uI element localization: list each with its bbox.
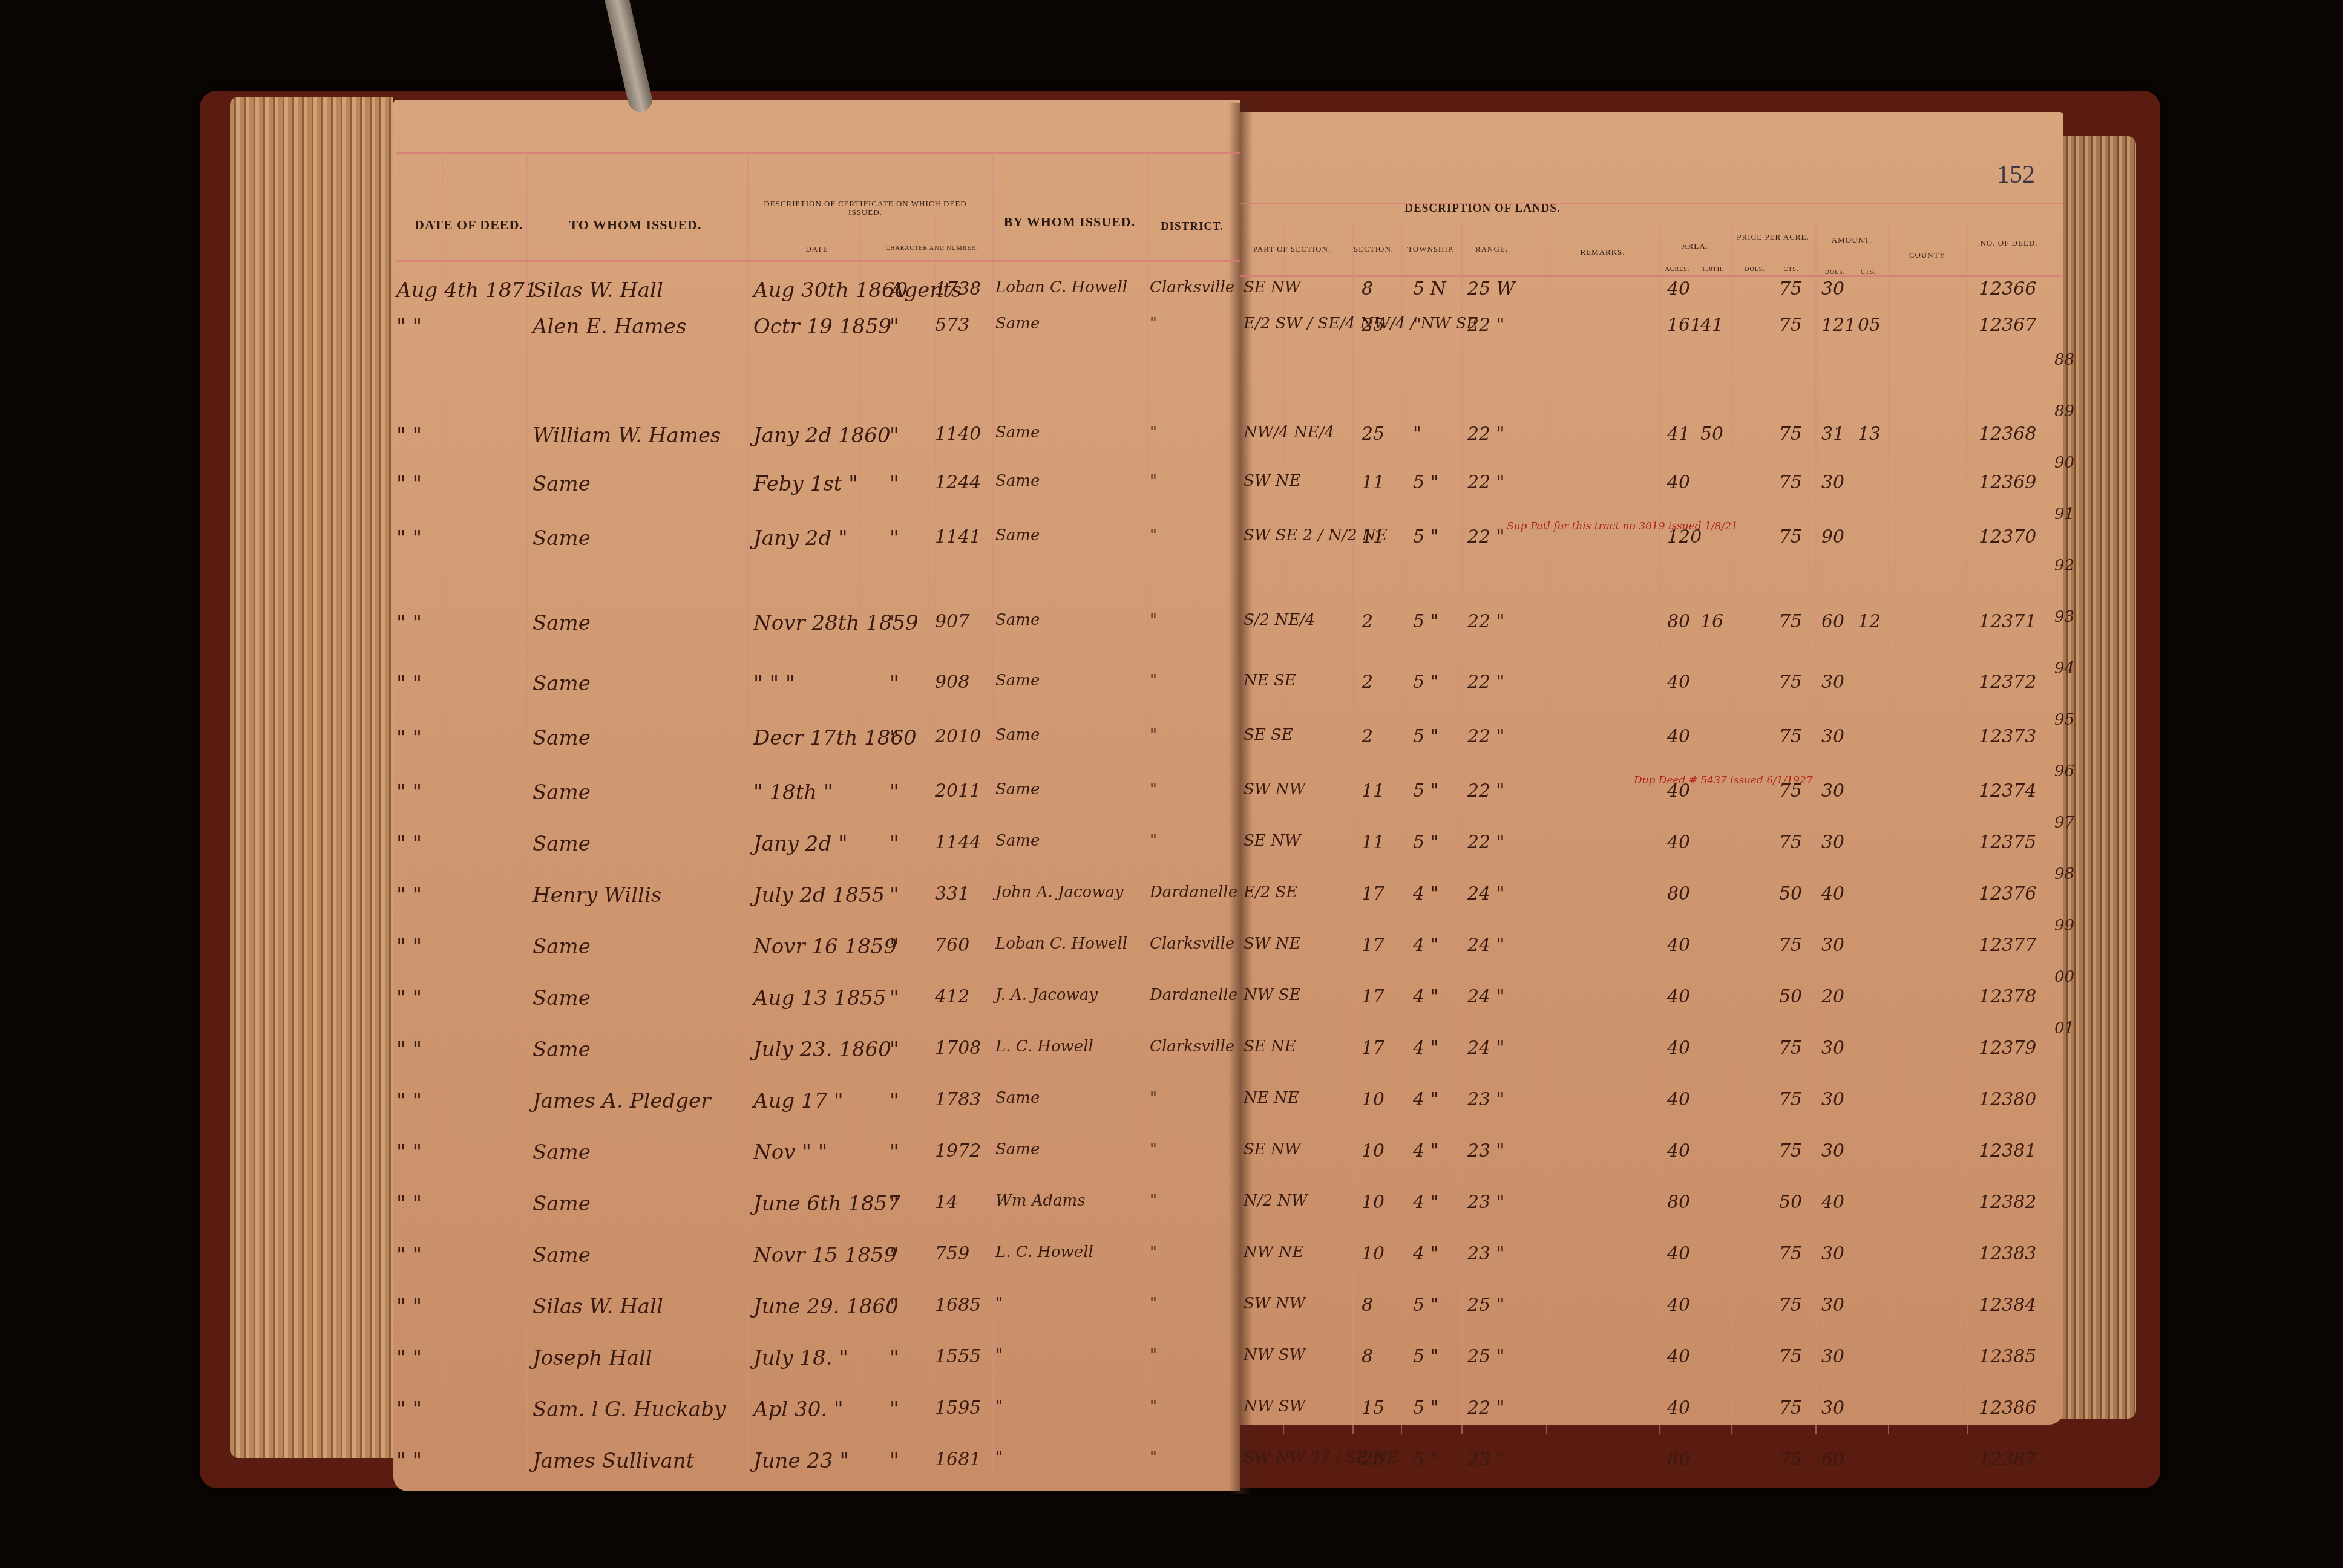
- header-to-whom-issued: TO WHOM ISSUED.: [545, 218, 726, 232]
- header-amount-dols: Dols.: [1818, 269, 1852, 276]
- cell-deed-no: 12367: [1979, 315, 2036, 336]
- cell-price-cts: 75: [1779, 1397, 1802, 1419]
- header-price-cts: Cts.: [1773, 266, 1809, 273]
- col-rule: [1352, 224, 1354, 1434]
- cell-part: SW NW: [1244, 780, 1305, 799]
- col-rule: [1147, 152, 1148, 1471]
- cell-deed-no: 12380: [1979, 1089, 2036, 1110]
- cell-amount-dols: 60: [1821, 611, 1844, 632]
- header-hundredths: 100th.: [1696, 266, 1731, 273]
- cell-section: 11: [1362, 780, 1384, 802]
- cell-price-cts: 75: [1779, 1449, 1802, 1470]
- cell-district: ": [1150, 423, 1157, 442]
- cell-price-cts: 75: [1779, 526, 1802, 547]
- red-annotation: Sup Patl for this tract no 3019 issued 1…: [1507, 520, 1738, 532]
- cell-range: 22 ": [1467, 423, 1505, 445]
- next-page-deed-number: 98: [2054, 865, 2074, 883]
- cell-amount-dols: 60: [1821, 1449, 1844, 1470]
- header-acres: Acres.: [1659, 266, 1696, 273]
- cell-district: ": [1150, 1449, 1157, 1467]
- cell-section: 17: [1362, 883, 1384, 904]
- header-by-whom-issued: BY WHOM ISSUED.: [992, 215, 1147, 229]
- cell-township: 4 ": [1413, 1192, 1438, 1213]
- cell-amount-dols: 30: [1821, 1037, 1844, 1059]
- col-rule: [1546, 224, 1547, 1434]
- cell-township: 5 ": [1413, 611, 1438, 632]
- cell-part: NE NE: [1244, 1089, 1299, 1107]
- cell-deed-no: 12382: [1979, 1192, 2036, 1213]
- cell-name: Same: [532, 1140, 591, 1165]
- cell-cert-date: Aug 17 ": [753, 1089, 844, 1113]
- cell-township: 5 ": [1413, 1449, 1438, 1470]
- cell-deed-no: 12371: [1979, 611, 2036, 632]
- right-page: [1240, 112, 2063, 1425]
- next-page-deed-number: 96: [2054, 762, 2074, 780]
- cell-price-cts: 50: [1779, 883, 1802, 904]
- cell-deed-no: 12386: [1979, 1397, 2036, 1419]
- cell-district: ": [1150, 671, 1157, 690]
- cell-date: " ": [396, 986, 422, 1010]
- cell-cert-no: 1140: [935, 423, 981, 445]
- cell-acres: 80: [1667, 883, 1690, 904]
- cell-range: 23 ": [1467, 1243, 1505, 1264]
- cell-range: 22 ": [1467, 671, 1505, 693]
- cell-amount-dols: 30: [1821, 1295, 1844, 1316]
- cell-township: 5 ": [1413, 472, 1438, 493]
- cell-township: 4 ": [1413, 935, 1438, 956]
- cell-acres: 41: [1667, 423, 1690, 445]
- cell-date: " ": [396, 780, 422, 805]
- next-page-deed-number: 91: [2054, 505, 2074, 523]
- cell-name: Same: [532, 526, 591, 550]
- cell-price-cts: 75: [1779, 832, 1802, 853]
- cell-by-whom: ": [995, 1295, 1003, 1313]
- cell-township: 4 ": [1413, 1089, 1438, 1110]
- col-rule: [1731, 224, 1732, 1434]
- cell-cert-char: ": [890, 1449, 899, 1473]
- cell-price-cts: 75: [1779, 423, 1802, 445]
- cell-date: " ": [396, 1192, 422, 1216]
- cell-by-whom: J. A. Jacoway: [995, 986, 1098, 1004]
- cell-deed-no: 12385: [1979, 1346, 2036, 1367]
- cell-section: 10: [1362, 1243, 1384, 1264]
- cell-name: James A. Pledger: [532, 1089, 710, 1113]
- header-cert-date: Date: [781, 245, 853, 253]
- cell-deed-no: 12387: [1979, 1449, 2036, 1470]
- cell-township: 4 ": [1413, 1140, 1438, 1161]
- cell-cert-char: ": [890, 1397, 899, 1422]
- next-page-deed-number: 97: [2054, 814, 2074, 832]
- cell-date: " ": [396, 1089, 422, 1113]
- cell-cert-char: ": [890, 1295, 899, 1319]
- cell-deed-no: 12375: [1979, 832, 2036, 853]
- cell-name: Same: [532, 726, 591, 750]
- cell-range: 24 ": [1467, 1037, 1505, 1059]
- cell-by-whom: ": [995, 1346, 1003, 1364]
- header-remarks: Remarks.: [1546, 248, 1659, 256]
- cell-district: ": [1150, 472, 1157, 490]
- next-page-deed-number: 01: [2054, 1019, 2074, 1037]
- cell-cert-date: June 29. 1860: [753, 1295, 899, 1319]
- cell-name: Same: [532, 1192, 591, 1216]
- next-page-deed-number: 93: [2054, 608, 2074, 626]
- cell-cert-no: 908: [935, 671, 969, 693]
- cell-amount-dols: 20: [1821, 986, 1844, 1007]
- next-page-deed-number: 89: [2054, 402, 2074, 420]
- cell-cert-char: ": [890, 315, 899, 339]
- cell-cert-char: ": [890, 1243, 899, 1267]
- cell-cert-date: Octr 19 1859: [753, 315, 891, 339]
- cell-section: 25: [1362, 315, 1384, 336]
- cell-deed-no: 12376: [1979, 883, 2036, 904]
- cell-cert-no: 331: [935, 883, 969, 904]
- cell-township: 4 ": [1413, 1037, 1438, 1059]
- cell-acres: 40: [1667, 1346, 1690, 1367]
- cell-date: " ": [396, 832, 422, 856]
- cell-acres: 40: [1667, 832, 1690, 853]
- cell-deed-no: 12370: [1979, 526, 2036, 547]
- cell-by-whom: Wm Adams: [995, 1192, 1086, 1210]
- cell-price-cts: 75: [1779, 1140, 1802, 1161]
- cell-township: 5 ": [1413, 1346, 1438, 1367]
- next-page-deed-number: 90: [2054, 454, 2074, 472]
- book-gutter: [1228, 103, 1253, 1494]
- header-no-of-deed: No. of Deed.: [1973, 239, 2045, 247]
- cell-date: " ": [396, 1346, 422, 1370]
- next-page-deed-number: 94: [2054, 659, 2074, 678]
- cell-range: 22 ": [1467, 472, 1505, 493]
- cell-range: 22 ": [1467, 1397, 1505, 1419]
- cell-name: Henry Willis: [532, 883, 661, 907]
- cell-cert-no: 907: [935, 611, 969, 632]
- cell-section: 2: [1362, 726, 1373, 747]
- cell-cert-no: 1595: [935, 1397, 981, 1419]
- cell-cert-no: 1972: [935, 1140, 981, 1161]
- cell-date: " ": [396, 423, 422, 448]
- cell-range: 23 ": [1467, 1192, 1505, 1213]
- cell-section: 11: [1362, 472, 1384, 493]
- cell-section: 8: [1362, 278, 1373, 299]
- col-rule: [1967, 224, 1968, 1434]
- cell-price-cts: 75: [1779, 1243, 1802, 1264]
- cell-price-cts: 75: [1779, 935, 1802, 956]
- header-cert-character-number: Character and Number.: [871, 245, 992, 252]
- cell-price-cts: 75: [1779, 1089, 1802, 1110]
- col-rule: [859, 218, 860, 1470]
- cell-price-cts: 75: [1779, 1295, 1802, 1316]
- next-page-deed-number: 92: [2054, 557, 2074, 575]
- cell-cert-char: ": [890, 1037, 899, 1062]
- cell-amount-cts: 13: [1858, 423, 1881, 445]
- cell-township: 5 ": [1413, 671, 1438, 693]
- cell-section: 25: [1362, 423, 1384, 445]
- cell-by-whom: Same: [995, 423, 1040, 442]
- cell-by-whom: Same: [995, 726, 1040, 744]
- cell-by-whom: Same: [995, 611, 1040, 629]
- cell-deed-no: 12378: [1979, 986, 2036, 1007]
- cell-date: " ": [396, 1295, 422, 1319]
- cell-name: Same: [532, 832, 591, 856]
- cell-deed-no: 12373: [1979, 726, 2036, 747]
- cell-township: 5 ": [1413, 526, 1438, 547]
- cell-acres: 161: [1667, 315, 1702, 336]
- cell-cert-char: ": [890, 1346, 899, 1370]
- cell-acres: 40: [1667, 1397, 1690, 1419]
- cell-by-whom: Loban C. Howell: [995, 935, 1127, 953]
- header-rule-bottom-left: [396, 260, 1240, 262]
- header-rule-bottom-right: [1240, 275, 2063, 277]
- cell-amount-dols: 30: [1821, 780, 1844, 802]
- cell-acres: 80: [1667, 1449, 1690, 1470]
- cell-by-whom: L. C. Howell: [995, 1243, 1093, 1261]
- cell-deed-no: 12369: [1979, 472, 2036, 493]
- cell-price-cts: 75: [1779, 726, 1802, 747]
- cell-amount-cts: 12: [1858, 611, 1881, 632]
- cell-name: Same: [532, 611, 591, 635]
- header-section: Section.: [1349, 245, 1398, 253]
- cell-acres: 40: [1667, 472, 1690, 493]
- red-annotation: Dup Deed # 5437 issued 6/1/1927: [1634, 774, 1813, 786]
- cell-cert-date: " 18th ": [753, 780, 833, 805]
- header-description-of-lands: DESCRIPTION OF LANDS.: [1331, 203, 1634, 215]
- cell-name: Silas W. Hall: [532, 1295, 663, 1319]
- cell-township: 5 ": [1413, 1397, 1438, 1419]
- col-rule: [1815, 224, 1817, 1434]
- cell-acres: 40: [1667, 935, 1690, 956]
- cell-by-whom: John A. Jacoway: [995, 883, 1124, 901]
- col-rule: [1401, 224, 1402, 1434]
- cell-township: 5 ": [1413, 1295, 1438, 1316]
- cell-cert-date: Novr 15 1859: [753, 1243, 897, 1267]
- cell-part: E/2 SE: [1244, 883, 1297, 901]
- cell-cert-char: ": [890, 883, 899, 907]
- cell-section: 17: [1362, 935, 1384, 956]
- cell-cert-date: Jany 2d ": [753, 832, 848, 856]
- header-certificate-group: Description of Certificate on which Deed…: [756, 200, 974, 217]
- cell-section: 11: [1362, 526, 1384, 547]
- cell-cert-no: 1783: [935, 1089, 981, 1110]
- header-range: Range.: [1461, 245, 1522, 253]
- cell-cert-no: 2011: [935, 780, 981, 802]
- cell-part: SE SE: [1244, 726, 1293, 744]
- cell-deed-no: 12383: [1979, 1243, 2036, 1264]
- cell-cert-no: 2010: [935, 726, 981, 747]
- cell-amount-dols: 30: [1821, 935, 1844, 956]
- cell-cert-char: ": [890, 986, 899, 1010]
- cell-date: " ": [396, 526, 422, 550]
- cell-township: ": [1413, 423, 1421, 445]
- next-page-deed-number: 95: [2054, 711, 2074, 729]
- cell-acres: 80: [1667, 1192, 1690, 1213]
- col-rule: [747, 152, 749, 1471]
- header-date-of-deed: DATE OF DEED.: [408, 218, 529, 232]
- cell-cert-date: " " ": [753, 671, 795, 696]
- col-rule: [1888, 224, 1889, 1434]
- cell-cert-no: 1244: [935, 472, 981, 493]
- cell-part: SW NE: [1244, 935, 1301, 953]
- cell-part: SW NW: [1244, 1295, 1305, 1313]
- cell-part: NW SW: [1244, 1397, 1305, 1416]
- cell-part: NW SE: [1244, 986, 1301, 1004]
- cell-name: Same: [532, 472, 591, 496]
- col-rule: [992, 152, 994, 1471]
- cell-cert-date: July 23. 1860: [753, 1037, 891, 1062]
- cell-cert-char: ": [890, 472, 899, 496]
- cell-township: 5 ": [1413, 726, 1438, 747]
- cell-section: 10: [1362, 1192, 1384, 1213]
- header-district: DISTRICT.: [1153, 221, 1231, 234]
- cell-by-whom: Same: [995, 671, 1040, 690]
- cell-name: Same: [532, 935, 591, 959]
- cell-acres: 40: [1667, 1295, 1690, 1316]
- cell-cert-date: Jany 2d ": [753, 526, 848, 550]
- cell-district: Dardanelle: [1150, 883, 1237, 901]
- next-page-deed-number: 99: [2054, 916, 2074, 935]
- header-township: Township.: [1401, 245, 1461, 253]
- cell-district: ": [1150, 611, 1157, 629]
- cell-township: 5 ": [1413, 780, 1438, 802]
- cell-range: 22 ": [1467, 726, 1505, 747]
- cell-cert-char: ": [890, 526, 899, 550]
- cell-name: Silas W. Hall: [532, 278, 663, 302]
- cell-cert-char: ": [890, 671, 899, 696]
- cell-township: 4 ": [1413, 1243, 1438, 1264]
- cell-district: ": [1150, 832, 1157, 850]
- col-rule: [526, 152, 528, 1471]
- cell-date: " ": [396, 1140, 422, 1165]
- cell-amount-dols: 30: [1821, 671, 1844, 693]
- cell-range: 22 ": [1467, 832, 1505, 853]
- cell-cert-date: June 6th 1857: [753, 1192, 900, 1216]
- cell-amount-cts: 05: [1858, 315, 1881, 336]
- cell-acres: 40: [1667, 671, 1690, 693]
- cell-district: ": [1150, 526, 1157, 544]
- cell-district: Clarksville: [1150, 935, 1234, 953]
- cell-date: " ": [396, 472, 422, 496]
- cell-cert-char: ": [890, 832, 899, 856]
- cell-cert-char: ": [890, 780, 899, 805]
- cell-cert-char: ": [890, 1192, 899, 1216]
- cell-acres: 40: [1667, 1243, 1690, 1264]
- cell-date: " ": [396, 315, 422, 339]
- cell-cert-no: 760: [935, 935, 969, 956]
- cell-range: 25 ": [1467, 1295, 1505, 1316]
- cell-range: 24 ": [1467, 935, 1505, 956]
- cell-cert-date: Apl 30. ": [753, 1397, 844, 1422]
- cell-district: ": [1150, 1140, 1157, 1158]
- header-amount: Amount.: [1815, 236, 1888, 244]
- cell-deed-no: 12374: [1979, 780, 2036, 802]
- cell-by-whom: Same: [995, 780, 1040, 799]
- cell-cert-no: 1555: [935, 1346, 981, 1367]
- cell-cert-no: 1681: [935, 1449, 981, 1470]
- cell-amount-dols: 121: [1821, 315, 1856, 336]
- cell-section: 2: [1362, 671, 1373, 693]
- cell-date: " ": [396, 1037, 422, 1062]
- cell-part: NW NE: [1244, 1243, 1303, 1261]
- cell-cert-char: ": [890, 1089, 899, 1113]
- col-rule: [1659, 224, 1660, 1434]
- cell-price-cts: 75: [1779, 611, 1802, 632]
- cell-cert-date: July 18. ": [753, 1346, 848, 1370]
- header-area: Area.: [1659, 242, 1731, 250]
- cell-date: " ": [396, 935, 422, 959]
- cell-name: Same: [532, 1037, 591, 1062]
- cell-amount-dols: 30: [1821, 472, 1844, 493]
- cell-cert-date: Jany 2d 1860: [753, 423, 891, 448]
- cell-deed-no: 12381: [1979, 1140, 2036, 1161]
- cell-district: ": [1150, 1346, 1157, 1364]
- cell-amount-dols: 40: [1821, 883, 1844, 904]
- cell-by-whom: Same: [995, 1140, 1040, 1158]
- cell-cert-char: ": [890, 611, 899, 635]
- cell-township: 5 N: [1413, 278, 1446, 299]
- cell-cert-no: 412: [935, 986, 969, 1007]
- cell-acres: 40: [1667, 726, 1690, 747]
- cell-by-whom: ": [995, 1397, 1003, 1416]
- header-county: County: [1888, 251, 1967, 260]
- cell-cert-date: Novr 16 1859: [753, 935, 897, 959]
- cell-cert-no: 573: [935, 315, 969, 336]
- cell-date: Aug 4th 1871: [396, 278, 538, 302]
- cell-amount-dols: 40: [1821, 1192, 1844, 1213]
- col-rule: [1461, 224, 1463, 1434]
- cell-amount-dols: 30: [1821, 1243, 1844, 1264]
- cell-cert-char: ": [890, 726, 899, 750]
- cell-cert-date: Aug 30th 1860: [753, 278, 908, 302]
- header-part-of-section: Part of Section.: [1244, 245, 1340, 253]
- cell-part: NW/4 NE/4: [1244, 423, 1334, 442]
- cell-amount-dols: 30: [1821, 278, 1844, 299]
- cell-district: ": [1150, 726, 1157, 744]
- cell-price-cts: 75: [1779, 1037, 1802, 1059]
- cell-cert-no: 759: [935, 1243, 969, 1264]
- cell-range: 22 ": [1467, 526, 1505, 547]
- cell-district: ": [1150, 1089, 1157, 1107]
- cell-cert-char: ": [890, 935, 899, 959]
- cell-date: " ": [396, 671, 422, 696]
- cell-section: 2: [1362, 611, 1373, 632]
- cell-part: NW SW: [1244, 1346, 1305, 1364]
- cell-section: 17: [1362, 986, 1384, 1007]
- cell-deed-no: 12377: [1979, 935, 2036, 956]
- cell-name: Joseph Hall: [532, 1346, 652, 1370]
- cell-range: 22 ": [1467, 611, 1505, 632]
- cell-deed-no: 12366: [1979, 278, 2036, 299]
- cell-cert-no: 1738: [935, 278, 981, 299]
- cell-cert-no: 1141: [935, 526, 981, 547]
- cell-acres: 40: [1667, 1037, 1690, 1059]
- cell-by-whom: ": [995, 1449, 1003, 1467]
- cell-district: ": [1150, 1243, 1157, 1261]
- cell-name: William W. Hames: [532, 423, 721, 448]
- cell-by-whom: Same: [995, 315, 1040, 333]
- cell-date: " ": [396, 611, 422, 635]
- cell-date: " ": [396, 1397, 422, 1422]
- cell-date: " ": [396, 883, 422, 907]
- cell-date: " ": [396, 1243, 422, 1267]
- cell-cert-date: Nov " ": [753, 1140, 827, 1165]
- cell-district: Clarksville: [1150, 278, 1234, 296]
- cell-amount-dols: 30: [1821, 1089, 1844, 1110]
- cell-section: 8: [1362, 1295, 1373, 1316]
- cell-acres: 40: [1667, 986, 1690, 1007]
- header-amount-cts: Cts.: [1852, 269, 1885, 276]
- cell-section: 11: [1362, 832, 1384, 853]
- cell-acres: 40: [1667, 1140, 1690, 1161]
- cell-district: Clarksville: [1150, 1037, 1234, 1056]
- header-rule-top-left: [396, 152, 1240, 154]
